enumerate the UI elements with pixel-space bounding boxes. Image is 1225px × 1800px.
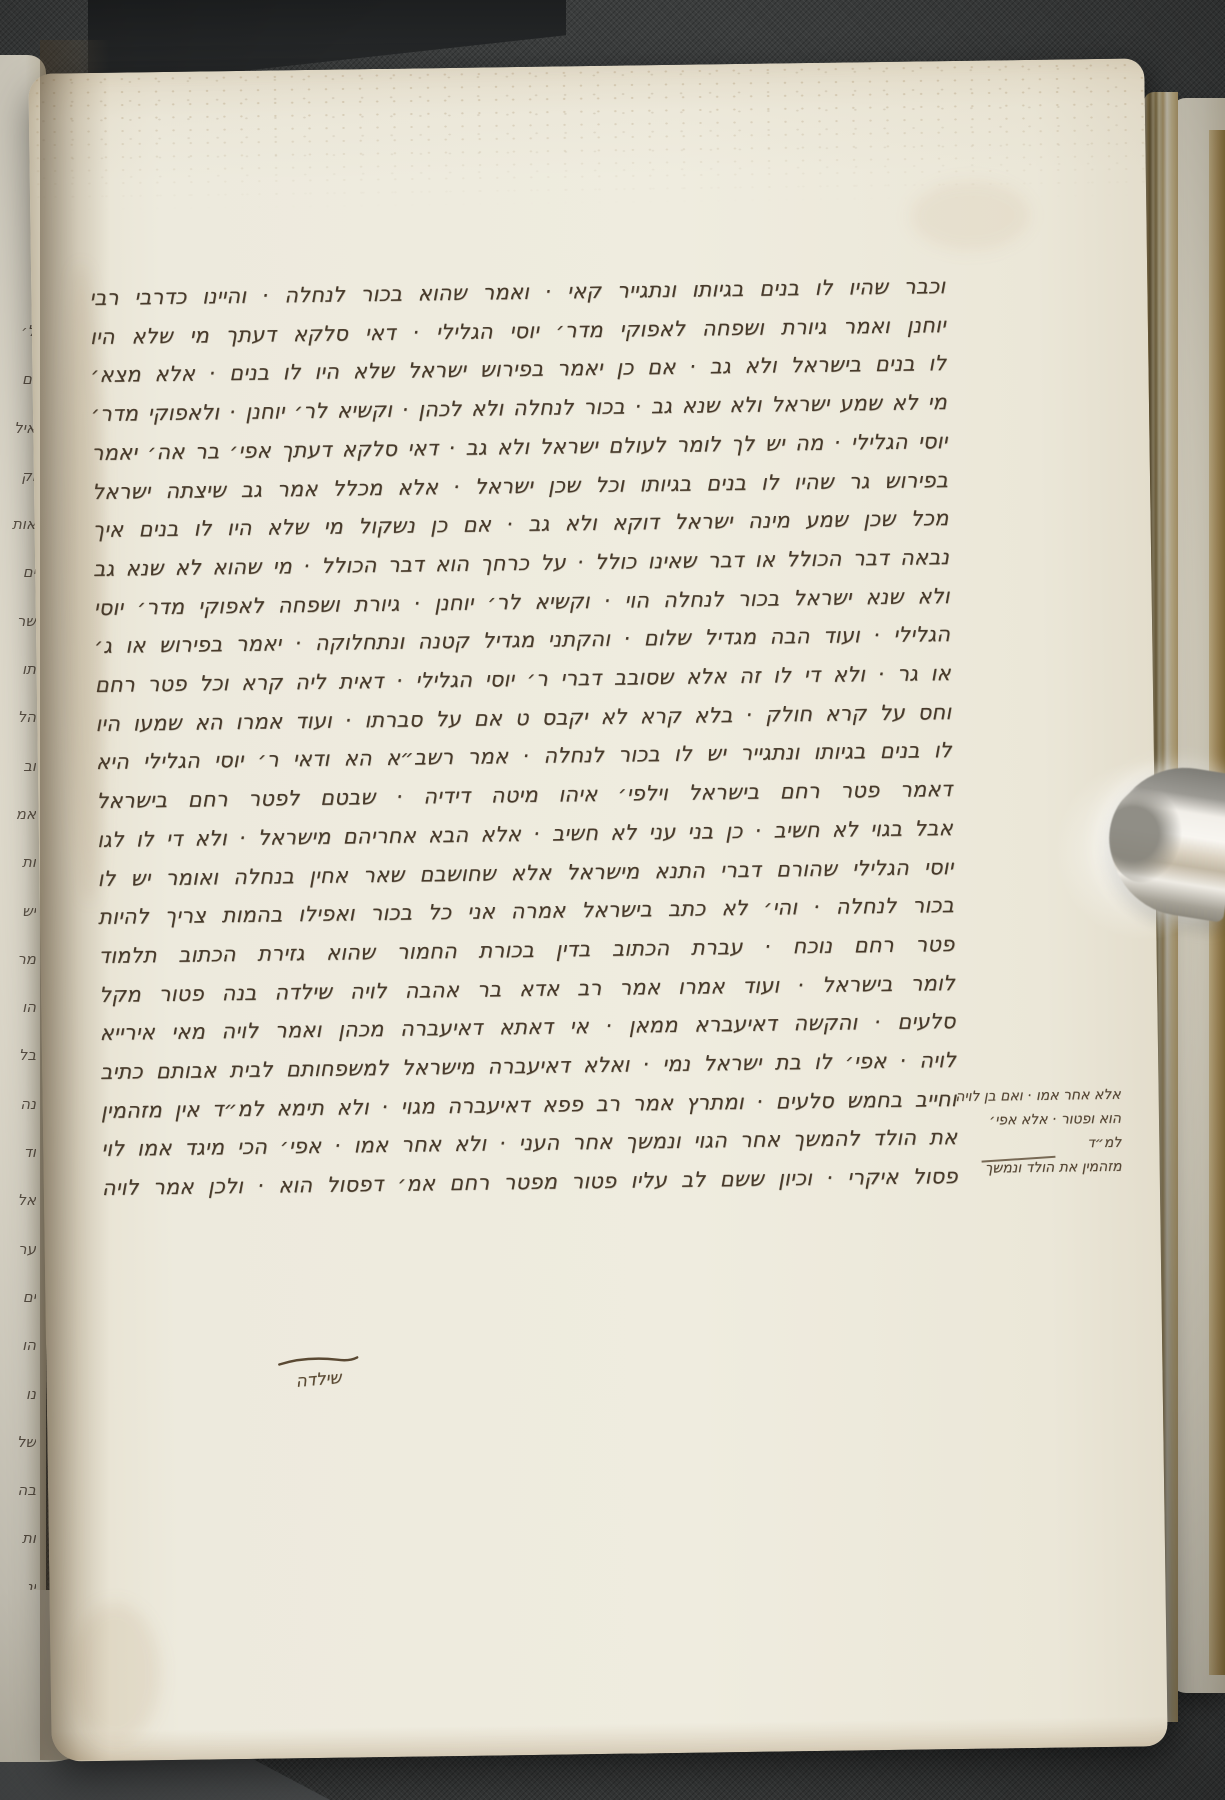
text-fragment: ער (0, 1225, 36, 1273)
parchment-stain (70, 1602, 162, 1743)
photograph-of-manuscript: ל׳וםאילוקאותיםשרתוהלובאמותישמרהובלנהודאל… (0, 0, 1225, 1800)
text-fragment: וב (0, 742, 36, 790)
text-fragment: וק (0, 452, 36, 500)
text-fragment: בל (0, 1031, 36, 1079)
text-fragment: נו (0, 1370, 36, 1418)
text-fragment: מר (0, 935, 36, 983)
text-fragment: שר (0, 597, 36, 645)
text-fragment: איל (0, 404, 36, 452)
text-fragment: ים (0, 1273, 36, 1321)
text-fragment: אמ (0, 790, 36, 838)
text-fragment: אות (0, 500, 36, 548)
marginal-gloss-line: הוא ופטור · אלא אפי׳ למ״ד (951, 1107, 1122, 1157)
text-fragment: וד (0, 1128, 36, 1176)
marginal-gloss: אלא אחר אמו · ואם בן לויההוא ופטור · אלא… (950, 1083, 1121, 1181)
text-fragment: יש (0, 887, 36, 935)
facing-page-text-fragments: ל׳וםאילוקאותיםשרתוהלובאמותישמרהובלנהודאל… (0, 307, 36, 1707)
text-fragment: הו (0, 1321, 36, 1369)
text-fragment: אל (0, 1176, 36, 1224)
manuscript-recto-page: וכבר שהיו לו בנים בגיותו ונתגייר קאי · ו… (28, 58, 1167, 1761)
text-fragment: ים (0, 548, 36, 596)
text-fragment: ות (0, 1514, 36, 1562)
text-fragment: ל׳ (0, 307, 36, 355)
text-fragment: תו (0, 645, 36, 693)
main-text-block: וכבר שהיו לו בנים בגיותו ונתגייר קאי · ו… (89, 267, 958, 1208)
text-fragment: הל (0, 693, 36, 741)
catchword-flourish (275, 1353, 361, 1368)
text-fragment: ות (0, 838, 36, 886)
catchword-block: שילדה (258, 1353, 378, 1391)
text-fragment: הו (0, 983, 36, 1031)
text-fragment: נה (0, 1080, 36, 1128)
parchment-speckle-band (28, 58, 1146, 214)
text-fragment: ום (0, 355, 36, 403)
catchword: שילדה (258, 1365, 379, 1395)
marginal-gloss-line: אלא אחר אמו · ואם בן לויה (950, 1083, 1120, 1109)
text-fragment: בה (0, 1466, 36, 1514)
text-fragment: של (0, 1418, 36, 1466)
